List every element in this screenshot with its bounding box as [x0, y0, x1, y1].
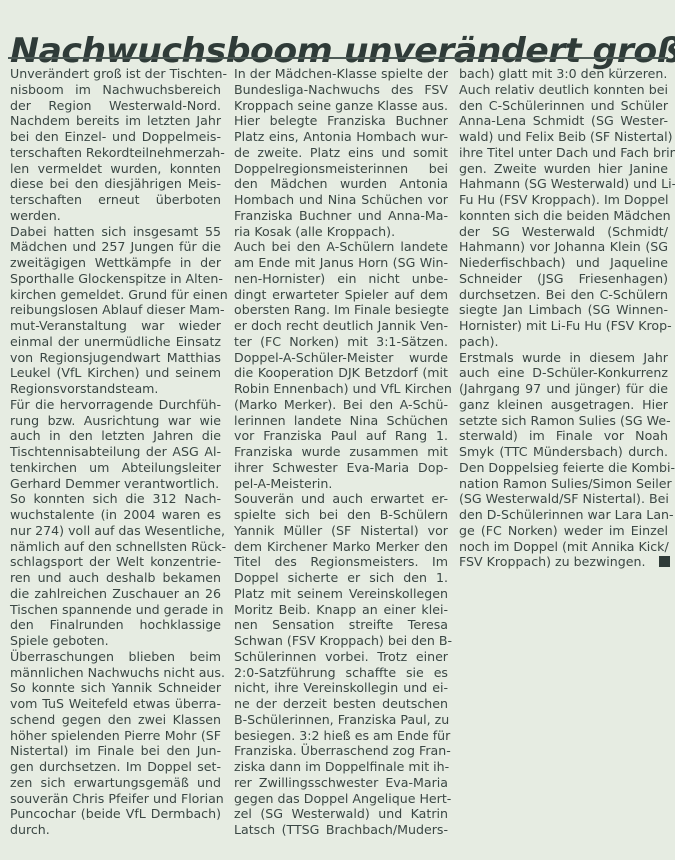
- text-line: werden.: [10, 208, 221, 224]
- text-line: nation Ramon Sulies/Simon Seiler: [459, 476, 668, 492]
- text-line: schend gegen den zwei Klassen: [10, 712, 221, 728]
- text-line: nen-Hornister) ein nicht unbe-: [234, 271, 448, 287]
- text-line: wald) und Felix Beib (SF Nistertal): [459, 129, 668, 145]
- text-line: Tischen spannende und gerade in: [10, 602, 221, 618]
- text-line: (Jahrgang 97 und jünger) für die: [459, 381, 668, 397]
- text-line: ne der derzeit besten deutschen: [234, 696, 448, 712]
- text-line: Schwan (FSV Kroppach) bei den B-: [234, 633, 448, 649]
- text-line: Erstmals wurde in diesem Jahr: [459, 350, 668, 366]
- text-line: Platz mit seinem Vereinskollegen: [234, 586, 448, 602]
- text-line: Auch relativ deutlich konnten bei: [459, 82, 668, 98]
- text-line: nicht, ihre Vereinskollegin und ei-: [234, 680, 448, 696]
- text-line: Überraschungen blieben beim: [10, 649, 221, 665]
- text-line: Smyk (TTC Mündersbach) durch.: [459, 444, 668, 460]
- text-line: ganz kleinen ausgetragen. Hier: [459, 397, 668, 413]
- text-line: Franziska wurde zusammen mit: [234, 444, 448, 460]
- text-line: den Finalrunden hochklassige: [10, 617, 221, 633]
- text-line: höher spielenden Pierre Mohr (SF: [10, 728, 221, 744]
- text-line: obersten Rang. Im Finale besiegte: [234, 302, 448, 318]
- text-line: dingt erwarteter Spieler auf dem: [234, 287, 448, 303]
- text-line: (SG Westerwald/SF Nistertal). Bei: [459, 491, 668, 507]
- text-line: So konnte sich Yannik Schneider: [10, 680, 221, 696]
- text-line: In der Mädchen-Klasse spielte der: [234, 66, 448, 82]
- text-line: er doch recht deutlich Jannik Ven-: [234, 318, 448, 334]
- text-line: Souverän und auch erwartet er-: [234, 491, 448, 507]
- text-line: spielte sich bei den B-Schülern: [234, 507, 448, 523]
- text-line: terschaften Rekordteilnehmerzah-: [10, 145, 221, 161]
- article-column-3: bach) glatt mit 3:0 den kürzeren.Auch re…: [459, 66, 668, 570]
- text-line: Unverändert groß ist der Tischten-: [10, 66, 221, 82]
- text-line: Schülerinnen vorbei. Trotz einer: [234, 649, 448, 665]
- text-line: von Regionsjugendwart Matthias: [10, 350, 221, 366]
- headline-divider: [8, 57, 668, 59]
- text-line: Titel des Regionsmeisters. Im: [234, 554, 448, 570]
- text-line: Für die hervorragende Durchfüh-: [10, 397, 221, 413]
- text-line: diese bei den diesjährigen Meis-: [10, 176, 221, 192]
- text-line: Latsch (TTSG Brachbach/Muders-: [234, 822, 448, 838]
- text-line: Spiele geboten.: [10, 633, 221, 649]
- text-line: kirchen gemeldet. Grund für einen: [10, 287, 221, 303]
- text-line: Nistertal) im Finale bei den Jun-: [10, 743, 221, 759]
- text-line: Fu Hu (FSV Kroppach). Im Doppel: [459, 192, 668, 208]
- text-line: sterwald) im Finale vor Noah: [459, 428, 668, 444]
- text-line: Hier belegte Franziska Buchner: [234, 113, 448, 129]
- text-line: de zweite. Platz eins und somit: [234, 145, 448, 161]
- text-line: dem Kirchener Marko Merker den: [234, 539, 448, 555]
- text-line: Franziska. Überraschend zog Fran-: [234, 743, 448, 759]
- end-mark-icon: [659, 556, 670, 567]
- article-column-2: In der Mädchen-Klasse spielte derBundesl…: [234, 66, 448, 838]
- text-line: rung bzw. Ausrichtung war wie: [10, 413, 221, 429]
- text-line: nämlich auf den schnellsten Rück-: [10, 539, 221, 555]
- text-line: männlichen Nachwuchs nicht aus.: [10, 665, 221, 681]
- text-line: Hahmann (SG Westerwald) und Li-: [459, 176, 668, 192]
- text-line: ter (FC Norken) mit 3:1-Sätzen.: [234, 334, 448, 350]
- text-line: schlagsport der Welt konzentrie-: [10, 554, 221, 570]
- text-line: den C-Schülerinnen und Schüler: [459, 98, 668, 114]
- text-line: den D-Schülerinnen war Lara Lan-: [459, 507, 668, 523]
- text-line: Den Doppelsieg feierte die Kombi-: [459, 460, 668, 476]
- text-line: vor Franziska Paul auf Rang 1.: [234, 428, 448, 444]
- text-line: einmal der unermüdliche Einsatz: [10, 334, 221, 350]
- text-line: Yannik Müller (SF Nistertal) vor: [234, 523, 448, 539]
- text-line: ihre Titel unter Dach und Fach brin-: [459, 145, 668, 161]
- text-line: zen sich erwartungsgemäß und: [10, 775, 221, 791]
- text-line: durch.: [10, 822, 221, 838]
- text-line: So konnten sich die 312 Nach-: [10, 491, 221, 507]
- text-line: der Region Westerwald-Nord.: [10, 98, 221, 114]
- text-line: den Mädchen wurden Antonia: [234, 176, 448, 192]
- text-line: Kroppach seine ganze Klasse aus.: [234, 98, 448, 114]
- text-line: Sporthalle Glockenspitze in Alten-: [10, 271, 221, 287]
- text-line: rer Zwillingsschwester Eva-Maria: [234, 775, 448, 791]
- text-line: setzte sich Ramon Sulies (SG We-: [459, 413, 668, 429]
- text-line: zweitägigen Wettkämpfe in der: [10, 255, 221, 271]
- article-column-1: Unverändert groß ist der Tischten-nisboo…: [10, 66, 221, 838]
- text-line: Auch bei den A-Schülern landete: [234, 239, 448, 255]
- text-line: tenkirchen um Abteilungsleiter: [10, 460, 221, 476]
- text-line: zel (SG Westerwald) und Katrin: [234, 806, 448, 822]
- text-line: Franziska Buchner und Anna-Ma-: [234, 208, 448, 224]
- text-line: ge (FC Norken) weder im Einzel: [459, 523, 668, 539]
- text-line: konnten sich die beiden Mädchen: [459, 208, 668, 224]
- text-line: gen durchsetzen. Im Doppel set-: [10, 759, 221, 775]
- text-line: ria Kosak (alle Kroppach).: [234, 224, 448, 240]
- text-line: vom TuS Weitefeld etwas überra-: [10, 696, 221, 712]
- text-line: nen Sensation streifte Teresa: [234, 617, 448, 633]
- text-line: Doppelregionsmeisterinnen bei: [234, 161, 448, 177]
- text-line: pel-A-Meisterin.: [234, 476, 448, 492]
- text-line: Hornister) mit Li-Fu Hu (FSV Krop-: [459, 318, 668, 334]
- text-line: Puncochar (beide VfL Dermbach): [10, 806, 221, 822]
- text-line: souverän Chris Pfeifer und Florian: [10, 791, 221, 807]
- text-line: gegen das Doppel Angelique Hert-: [234, 791, 448, 807]
- text-line: siegte Jan Limbach (SG Winnen-: [459, 302, 668, 318]
- text-line: der SG Westerwald (Schmidt/: [459, 224, 668, 240]
- text-line: Leukel (VfL Kirchen) und seinem: [10, 365, 221, 381]
- text-line: mut-Veranstaltung war wieder: [10, 318, 221, 334]
- text-line: pach).: [459, 334, 668, 350]
- text-line: Regionsvorstandsteam.: [10, 381, 221, 397]
- text-line: Doppel-A-Schüler-Meister wurde: [234, 350, 448, 366]
- text-line: (Marko Merker). Bei den A-Schü-: [234, 397, 448, 413]
- text-line: terschaften erneut überboten: [10, 192, 221, 208]
- text-line: nisboom im Nachwuchsbereich: [10, 82, 221, 98]
- text-line: FSV Kroppach) zu bezwingen.: [459, 554, 668, 570]
- text-line: gen. Zweite wurden hier Janine: [459, 161, 668, 177]
- text-line: Nachdem bereits im letzten Jahr: [10, 113, 221, 129]
- text-line: B-Schülerinnen, Franziska Paul, zu: [234, 712, 448, 728]
- text-line: bach) glatt mit 3:0 den kürzeren.: [459, 66, 668, 82]
- text-line: nur 274) voll auf das Wesentliche,: [10, 523, 221, 539]
- text-line: Gerhard Demmer verantwortlich.: [10, 476, 221, 492]
- text-line: 2:0-Satzführung schaffte sie es: [234, 665, 448, 681]
- text-line: reibungslosen Ablauf dieser Mam-: [10, 302, 221, 318]
- text-line: Moritz Beib. Knapp an einer klei-: [234, 602, 448, 618]
- text-line: auch eine D-Schüler-Konkurrenz: [459, 365, 668, 381]
- text-line: durchsetzen. Bei den C-Schülern: [459, 287, 668, 303]
- text-line: bei den Einzel- und Doppelmeis-: [10, 129, 221, 145]
- text-line: wuchstalente (in 2004 waren es: [10, 507, 221, 523]
- text-line: die zahlreichen Zuschauer an 26: [10, 586, 221, 602]
- text-line: Platz eins, Antonia Hombach wur-: [234, 129, 448, 145]
- text-line: Anna-Lena Schmidt (SG Wester-: [459, 113, 668, 129]
- text-line: Schneider (JSG Friesenhagen): [459, 271, 668, 287]
- text-line: am Ende mit Janus Horn (SG Win-: [234, 255, 448, 271]
- text-line: ren und auch deshalb bekamen: [10, 570, 221, 586]
- text-line: Hombach und Nina Schüchen vor: [234, 192, 448, 208]
- text-line: ihrer Schwester Eva-Maria Dop-: [234, 460, 448, 476]
- text-line: Robin Ennenbach) und VfL Kirchen: [234, 381, 448, 397]
- text-line: besiegen. 3:2 hieß es am Ende für: [234, 728, 448, 744]
- text-line: ziska dann im Doppelfinale mit ih-: [234, 759, 448, 775]
- text-line: lerinnen landete Nina Schüchen: [234, 413, 448, 429]
- text-line: auch in den letzten Jahren die: [10, 428, 221, 444]
- text-line: Niederfischbach) und Jaqueline: [459, 255, 668, 271]
- text-line: Hahmann) vor Johanna Klein (SG: [459, 239, 668, 255]
- text-line: Dabei hatten sich insgesamt 55: [10, 224, 221, 240]
- text-line: noch im Doppel (mit Annika Kick/: [459, 539, 668, 555]
- text-line: Bundesliga-Nachwuchs des FSV: [234, 82, 448, 98]
- text-line: len vermeldet wurden, konnten: [10, 161, 221, 177]
- text-line: die Kooperation DJK Betzdorf (mit: [234, 365, 448, 381]
- text-line: Tischtennisabteilung der ASG Al-: [10, 444, 221, 460]
- text-line: Doppel sicherte er sich den 1.: [234, 570, 448, 586]
- text-line: Mädchen und 257 Jungen für die: [10, 239, 221, 255]
